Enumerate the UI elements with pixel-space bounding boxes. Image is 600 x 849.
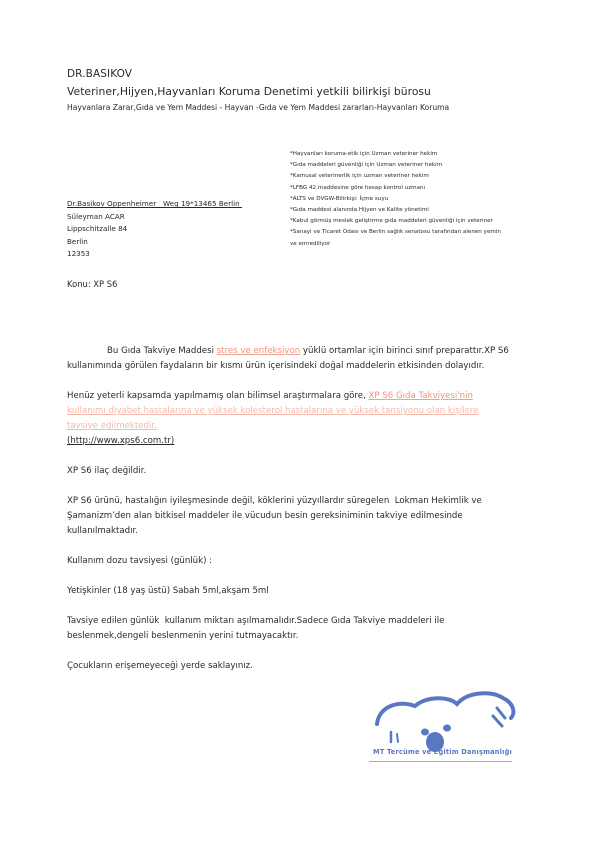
highlight-link-product[interactable]: XP S6 Gıda Takviyesi'nin bbox=[369, 391, 473, 401]
paragraph-origin-line1: XP S6 ürünü, hastalığın iyileşmesinde de… bbox=[67, 494, 537, 509]
qualification-item: *Gıda maddeleri güvenliği için Uzman vet… bbox=[290, 160, 501, 171]
highlight-link-stress[interactable]: stres ve enfeksiyon bbox=[217, 346, 300, 356]
recipient-name: Süleyman ACAR bbox=[67, 211, 242, 224]
qualification-item: *LFBG 42.maddesine göre hesap kontrol uz… bbox=[290, 183, 501, 194]
website-link[interactable]: (http://www.xps6.com.tr) bbox=[67, 436, 174, 446]
paragraph-intro-line2: kullanımında görülen faydaların bir kısm… bbox=[67, 359, 537, 374]
qualifications-list: *Hayvanları koruma-etik için Uzman veter… bbox=[290, 149, 501, 250]
paragraph-dosage-heading: Kullanım dozu tavsiyesi (günlük) : bbox=[67, 554, 537, 569]
recipient-street: Lippschitzalle 84 bbox=[67, 223, 242, 236]
qualification-item: *Kabul görmüş meslek geliştirme gıda mad… bbox=[290, 216, 501, 227]
qualification-item: *Hayvanları koruma-etik için Uzman veter… bbox=[290, 149, 501, 160]
highlight-link-usage[interactable]: kullanımı diyabet hastalarına ve yüksek … bbox=[67, 406, 478, 416]
address-block: Dr.Basikov Oppenheimer Weg 19*13465 Berl… bbox=[67, 198, 242, 261]
paragraph-origin-line3: kullanılmaktadır. bbox=[67, 524, 537, 539]
letterhead-fields: Hayvanlara Zarar,Gıda ve Yem Maddesi - H… bbox=[67, 103, 449, 112]
paragraph-warning-line2: beslenmek,dengeli beslenmenin yerini tut… bbox=[67, 629, 537, 644]
sender-address: Dr.Basikov Oppenheimer Weg 19*13465 Berl… bbox=[67, 198, 242, 211]
recipient-city: Berlin bbox=[67, 236, 242, 249]
qualification-item: ve emrediliyor bbox=[290, 239, 501, 250]
text-span: Bu Gıda Takviye Maddesi bbox=[107, 346, 217, 356]
letter-body: Bu Gıda Takviye Maddesi stres ve enfeksi… bbox=[67, 344, 537, 674]
paragraph-research: Henüz yeterli kapsamda yapılmamış olan b… bbox=[67, 389, 537, 404]
letterhead-name: DR.BASIKOV bbox=[67, 68, 132, 80]
stamp-text: MT Tercüme ve Eğitim Danışmanlığı bbox=[373, 748, 512, 756]
recipient-postal-code: 12353 bbox=[67, 248, 242, 261]
qualification-item: *ALTS ve DVGW-Bilirkişi: İçme suyu bbox=[290, 194, 501, 205]
qualification-item: *Kamusal veterinerlik için uzman veterin… bbox=[290, 171, 501, 182]
text-span: Henüz yeterli kapsamda yapılmamış olan b… bbox=[67, 391, 369, 401]
subject-line: Konu: XP S6 bbox=[67, 279, 117, 289]
paragraph-not-drug: XP S6 ilaç değildir. bbox=[67, 464, 537, 479]
paragraph-intro: Bu Gıda Takviye Maddesi stres ve enfeksi… bbox=[67, 344, 537, 359]
qualification-item: *Gıda maddesi alanında Hijyen ve Kalite … bbox=[290, 205, 501, 216]
highlight-link-recommend[interactable]: tavsiye edilmektedir. bbox=[67, 421, 157, 431]
qualification-item: *Sanayi ve Ticaret Odası ve Berlin sağlı… bbox=[290, 227, 501, 238]
text-span: yüklü ortamlar için birinci sınıf prepar… bbox=[300, 346, 509, 356]
stamp-divider bbox=[369, 761, 512, 762]
paragraph-children: Çocukların erişemeyeceği yerde saklayını… bbox=[67, 659, 537, 674]
paragraph-warning-line1: Tavsiye edilen günlük kullanım miktarı a… bbox=[67, 614, 537, 629]
letterhead-office: Veteriner,Hijyen,Hayvanları Koruma Denet… bbox=[67, 85, 431, 98]
paragraph-origin-line2: Şamanizm’den alan bitkisel maddeler ile … bbox=[67, 509, 537, 524]
paragraph-dosage: Yetişkinler (18 yaş üstü) Sabah 5ml,akşa… bbox=[67, 584, 537, 599]
